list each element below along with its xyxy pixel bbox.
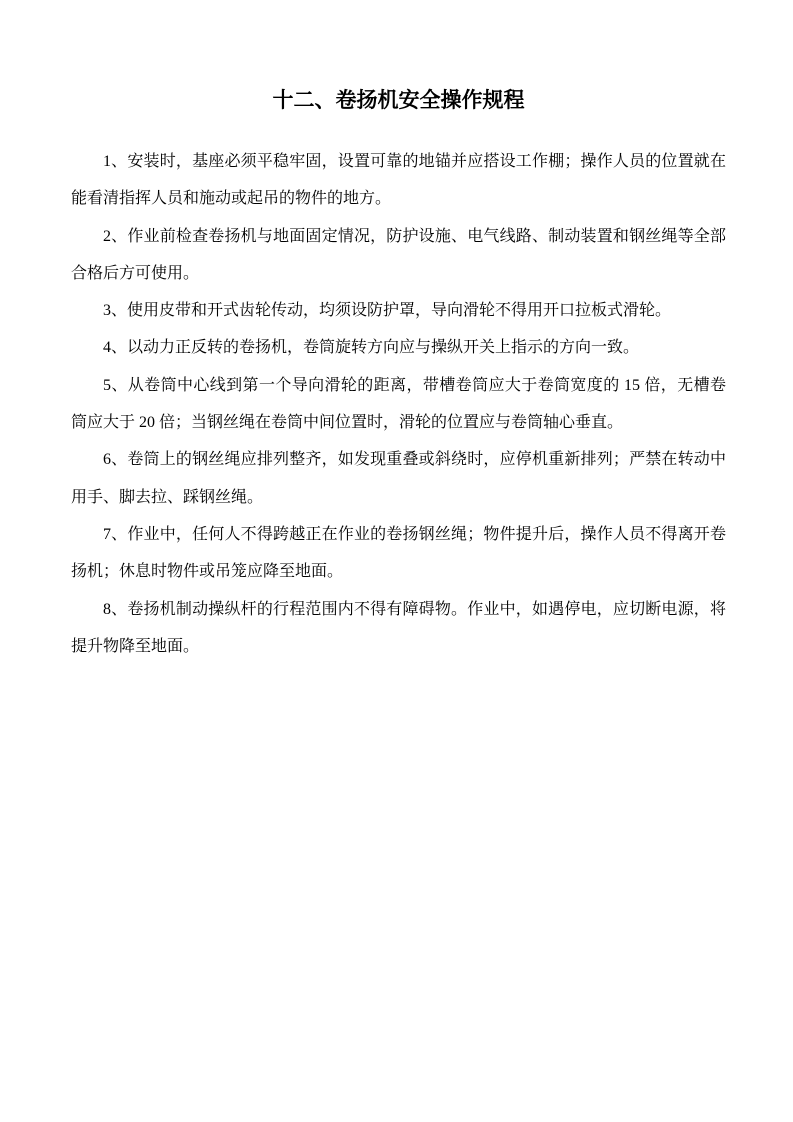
paragraph-3: 3、使用皮带和开式齿轮传动，均须设防护罩，导向滑轮不得用开口拉板式滑轮。 xyxy=(71,292,726,329)
document-body: 1、安装时，基座必须平稳牢固，设置可靠的地锚并应搭设工作棚；操作人员的位置就在能… xyxy=(71,143,726,665)
paragraph-1: 1、安装时，基座必须平稳牢固，设置可靠的地锚并应搭设工作棚；操作人员的位置就在能… xyxy=(71,143,726,218)
paragraph-8: 8、卷扬机制动操纵杆的行程范围内不得有障碍物。作业中，如遇停电，应切断电源，将提… xyxy=(71,591,726,666)
paragraph-6: 6、卷筒上的钢丝绳应排列整齐，如发现重叠或斜绕时，应停机重新排列；严禁在转动中用… xyxy=(71,441,726,516)
paragraph-2: 2、作业前检查卷扬机与地面固定情况，防护设施、电气线路、制动装置和钢丝绳等全部合… xyxy=(71,218,726,293)
page-title: 十二、卷扬机安全操作规程 xyxy=(71,86,726,116)
paragraph-5: 5、从卷筒中心线到第一个导向滑轮的距离，带槽卷筒应大于卷筒宽度的 15 倍，无槽… xyxy=(71,367,726,442)
paragraph-7: 7、作业中，任何人不得跨越正在作业的卷扬钢丝绳；物件提升后，操作人员不得离开卷扬… xyxy=(71,516,726,591)
paragraph-4: 4、以动力正反转的卷扬机，卷筒旋转方向应与操纵开关上指示的方向一致。 xyxy=(71,329,726,366)
document-page: 十二、卷扬机安全操作规程 1、安装时，基座必须平稳牢固，设置可靠的地锚并应搭设工… xyxy=(0,0,793,1122)
